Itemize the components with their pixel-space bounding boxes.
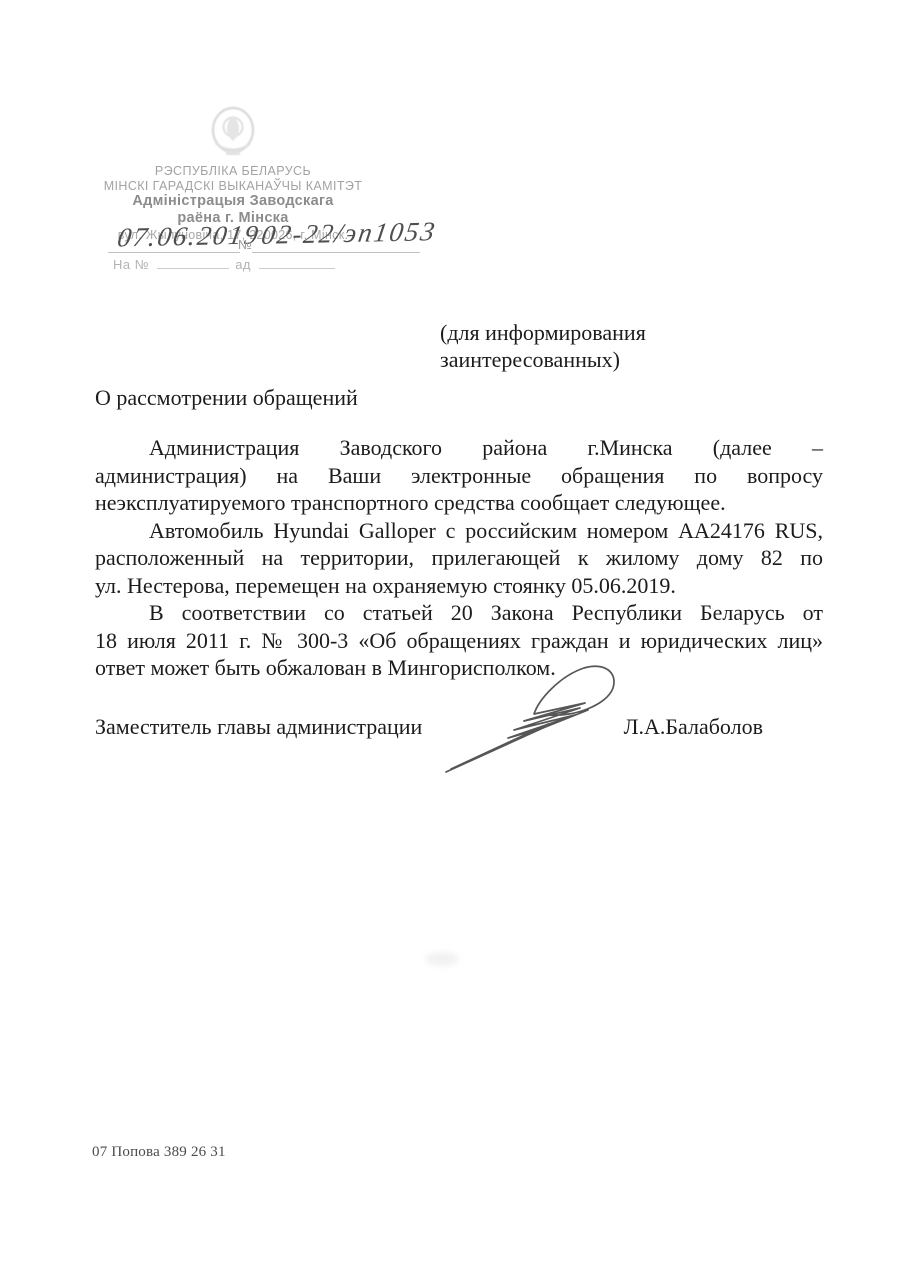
- ref-underline: [252, 252, 420, 253]
- number-sign-label: №: [238, 237, 252, 252]
- reply-date-blank: [259, 258, 335, 269]
- scanned-letter-page: РЭСПУБЛІКА БЕЛАРУСЬ МІНСКІ ГАРАДСКІ ВЫКА…: [0, 0, 905, 1280]
- scan-smudge: [425, 952, 459, 966]
- handwritten-ref-number: 02-22/эп1053: [259, 216, 438, 251]
- reply-number-blank: [157, 258, 229, 269]
- body-line: неэксплуатируемого транспортного средств…: [95, 489, 823, 517]
- recipient-note-line2: заинтересованных): [440, 346, 646, 373]
- body-line: В соответствии со статьей 20 Закона Респ…: [95, 599, 823, 627]
- executor-footer: 07 Попова 389 26 31: [92, 1144, 226, 1161]
- date-underline: [108, 252, 240, 253]
- signer-name: Л.А.Балаболов: [624, 714, 763, 740]
- reply-from-label: ад: [235, 257, 251, 272]
- body-line: Автомобиль Hyundai Galloper с российским…: [95, 517, 823, 545]
- signer-position: Заместитель главы администрации: [95, 714, 422, 740]
- recipient-note: (для информирования заинтересованных): [440, 319, 646, 373]
- letterhead-org-line1: Адміністрацыя Заводскага: [0, 193, 466, 210]
- subject-line: О рассмотрении обращений: [95, 385, 358, 411]
- letterhead-committee: МІНСКІ ГАРАДСКІ ВЫКАНАЎЧЫ КАМІТЭТ: [0, 179, 466, 194]
- body-line: расположенный на территории, прилегающей…: [95, 544, 823, 572]
- letterhead-country: РЭСПУБЛІКА БЕЛАРУСЬ: [0, 164, 466, 179]
- recipient-note-line1: (для информирования: [440, 319, 646, 346]
- body-line: администрация) на Ваши электронные обращ…: [95, 462, 823, 490]
- signature-row: Заместитель главы администрации Л.А.Бала…: [95, 714, 763, 740]
- reply-reference-row: На №ад: [113, 257, 335, 272]
- body-line: Администрация Заводского района г.Минска…: [95, 434, 823, 462]
- state-emblem-icon: [208, 106, 258, 158]
- body-line: 18 июля 2011 г. № 300-3 «Об обращениях г…: [95, 627, 823, 655]
- body-line: ул. Нестерова, перемещен на охраняемую с…: [95, 572, 823, 600]
- reply-to-label: На №: [113, 257, 149, 272]
- letter-body: Администрация Заводского района г.Минска…: [95, 434, 823, 682]
